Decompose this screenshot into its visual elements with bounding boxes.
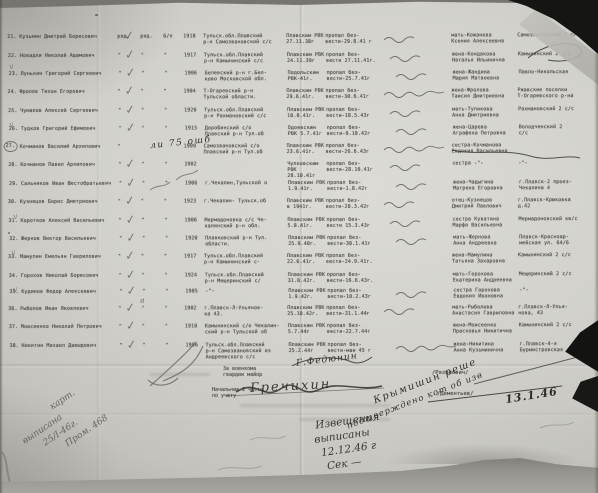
loss-cause-cell: пропал без- вести-9.10.42г: [327, 125, 409, 137]
birthplace-cell: Самозвановский с/о Плавский р-н Тул.об: [204, 143, 292, 155]
birth-year-cell: 1915: [185, 125, 197, 131]
birth-year-cell: 1904: [183, 88, 195, 94]
rank-cell: ": [118, 254, 121, 260]
relatives-cell: жена-Жандина Мария Матвеевна: [453, 69, 519, 81]
party-cell: ": [164, 198, 167, 204]
duty-cell: ": [141, 306, 144, 312]
loss-cause-cell: пропал без- вести 27.11.41г.: [326, 52, 408, 64]
margin-tick: v: [12, 212, 18, 222]
birth-year-cell: 1920: [184, 107, 196, 113]
scanned-document-page: { "doc_type": "Именной список безвозврат…: [0, 0, 598, 493]
relatives-cell: мать-Тупикова Анна Дмитриевна: [452, 106, 518, 118]
rank-cell: ": [118, 144, 121, 150]
party-cell: ": [165, 272, 168, 278]
person-name: Рыболов Иван Яковлевич: [20, 306, 88, 312]
address-cell: г.Плавск-Л-Улья- нова, 43: [518, 304, 596, 316]
drafted-by-cell: Плавским РВК 22.6.41г.: [287, 253, 329, 265]
drafted-by-cell: Чулковским РВК 28.10.41г: [287, 161, 329, 179]
table-row: 26. Тудков Григорий Ефимович " " " 1915 …: [1, 124, 598, 142]
birthplace-cell: г.Чекалин,Тульской о: [205, 180, 293, 186]
drafted-by-cell: Плавским РВК 24.11.39г: [287, 52, 329, 64]
address-cell: Володченский 2 с/с: [519, 124, 597, 136]
person-name: Кузьмин Дмитрий Борисович: [19, 34, 97, 40]
row-number: 24.: [7, 89, 16, 95]
rank-cell: ": [118, 199, 121, 205]
birth-year-cell: 1902: [184, 305, 196, 311]
row-number: 32.: [9, 236, 18, 242]
person-name: Лунькин Григорий Сергеевич: [21, 71, 102, 77]
table-row: 30. Кузнецов Борис Дмитриевич " " " 1923…: [0, 197, 598, 215]
duty-cell: ": [142, 236, 145, 242]
row-number: 29.: [9, 181, 18, 187]
relatives-cell: мать-Рыболова Анастасия Гавриловна: [452, 304, 518, 316]
address-cell: г.Плавск-Крюковка д.42: [518, 197, 596, 209]
loss-cause-cell: пропал без- вести-25.7.41г: [327, 70, 409, 82]
party-cell: ": [163, 88, 166, 94]
relatives-cell: жена-Никитина Анна Кузьминична: [454, 341, 520, 353]
drafted-by-cell: Плавским РВК 23.6.41г.: [287, 143, 329, 155]
loss-cause-cell: пропал без- вести-22.7.44г: [327, 323, 409, 335]
birthplace-cell: Мермадоновка с/с Че- калинский р-н обл.: [204, 217, 292, 229]
relatives-cell: сестра Куватина Марфа Васильевна: [452, 216, 518, 228]
signature-title-1: За военкома гвардии майор: [223, 366, 262, 378]
row-number: 28.: [8, 162, 17, 168]
person-name: Сальников Иван Шестобратьевич: [21, 181, 111, 187]
drafted-by-cell: Плавским РВК 31.8.42г.: [288, 272, 330, 284]
rank-cell: ": [120, 343, 123, 349]
address-cell: г.Плавск-2 проез- Чекалина 4: [519, 179, 597, 191]
pencil-checkmark: ✓: [125, 318, 137, 333]
rank-cell: ": [119, 71, 122, 77]
person-name: Тудков Григорий Ефимович: [21, 126, 96, 132]
loss-cause-cell: пропал без- вести-10.2.43г: [327, 288, 409, 300]
party-cell: ": [164, 107, 167, 113]
duty-cell: ": [141, 108, 144, 114]
table-row: 29. Сальников Иван Шестобратьевич " " " …: [1, 179, 598, 197]
person-name: Никитин Михаил Давыдович: [22, 343, 97, 349]
birth-year-cell: 1918: [183, 33, 195, 39]
party-cell: ": [165, 70, 168, 76]
pencil-letter-a: а: [140, 297, 144, 305]
pencil-checkmark: ✓: [123, 28, 135, 43]
pencil-checkmark: ✓: [124, 83, 136, 98]
table-row: 22. Новадли Николай Адамович " " " 1917 …: [0, 51, 598, 69]
party-cell: ": [166, 342, 169, 348]
pencil-checkmark: ✓: [124, 193, 136, 208]
row-number: 27.: [4, 141, 18, 152]
table-row: 31. Коротков Алексей Васильевич " " " 19…: [0, 216, 598, 234]
table-row: 38. Никитин Михаил Давыдович " " " 1906 …: [2, 341, 598, 359]
relatives-cell: жена-Мамулина Татьяна Захаровна: [452, 252, 518, 264]
table-row: 35. Кудинов Федор Алексеевич " " " 1905 …: [1, 287, 598, 305]
birth-year-cell: 1902: [184, 161, 196, 167]
person-name: Моисеенко Николай Петрович: [21, 324, 102, 330]
duty-cell: ": [141, 218, 144, 224]
birthplace-cell: г.Плавск-Л-Ульянов- ка 43.: [204, 305, 292, 317]
birthplace-cell: Тульск.обл.Плавский р-н Камынинский с/с: [204, 52, 292, 64]
table-row: 33. Мамулин Емельян Гаврилович " " " 191…: [0, 252, 598, 270]
loss-cause-cell: пропал без- вести 15.3.43г: [326, 217, 408, 229]
pencil-checkmark: ✓: [126, 337, 138, 352]
margin-tick: v: [10, 248, 16, 258]
rank-cell: ": [118, 306, 121, 312]
table-row: 21. Кузьмин Дмитрий Борисович ряд. ряд. …: [0, 32, 597, 50]
birthplace-cell: Тульск.обл.Плавский р-н Мещеринский с/: [205, 272, 293, 284]
relatives-cell: жена-Фролова Таисия Дмитриевна: [451, 87, 517, 99]
address-cell: -"-: [519, 287, 597, 293]
address-cell: Ржавские поселки Т-Огаревского р-на: [517, 87, 595, 99]
duty-cell: ": [142, 289, 145, 295]
person-name: Горохов Николай Борисович: [21, 273, 99, 279]
drafted-by-cell: Плавским РВК в 1941г.: [287, 198, 329, 210]
pencil-checkmark: ✓: [125, 65, 137, 80]
birth-year-cell: 1906: [186, 342, 198, 348]
pencil-checkmark: ✓: [125, 283, 137, 298]
drafted-by-cell: Плавским РВК 10.8.41г.: [287, 107, 329, 119]
person-name: Мамулин Емельян Гаврилович: [20, 254, 101, 260]
pencil-checkmark: ✓: [125, 175, 137, 190]
address-cell: Камынинский 2 с/с: [518, 252, 596, 258]
person-name: Фролов Тихон Егорович: [19, 89, 84, 95]
rank-cell: ": [119, 273, 122, 279]
pencil-checkmark: ✓: [125, 230, 137, 245]
birthplace-cell: Т-Огаревский р-н Тульской области.: [203, 88, 291, 100]
loss-cause-cell: пропал без- вести-1.8.42г: [327, 180, 409, 192]
person-name: Чумаков Алексей Сергеевич: [20, 108, 98, 114]
party-cell: ": [164, 161, 167, 167]
duty-cell: ": [142, 181, 145, 187]
row-number: 34.: [9, 273, 18, 279]
party-cell: ": [165, 288, 168, 294]
margin-tick: v: [8, 120, 14, 130]
drafted-by-cell: Плавским РВК 25.2.44г: [289, 342, 331, 354]
party-cell: ": [164, 253, 167, 259]
address-cell: -"-: [518, 160, 596, 166]
party-cell: б/п: [163, 33, 172, 39]
person-name: Кочманов Павел Архипович: [20, 162, 95, 168]
duty-cell: ряд.: [140, 34, 152, 40]
loss-cause-cell: пропал без- вести-мае 45 г: [328, 342, 410, 354]
birthplace-cell: Тульск.обл.Плавский р-н Камынинский с-: [204, 253, 292, 265]
rank-cell: ": [118, 162, 121, 168]
pencil-checkmark: ✓: [124, 300, 136, 315]
pencil-checkmark: ✓: [124, 156, 136, 171]
duty-cell: ": [140, 89, 143, 95]
birth-year-cell: 1906: [185, 70, 197, 76]
relatives-cell: мать-Жернова Анна Андреевна: [453, 234, 519, 246]
duty-cell: ": [141, 254, 144, 260]
relatives-cell: мать-Горохова Екатерина Андреевна: [453, 271, 519, 283]
address-cell: Рахмановский 2 с/с: [518, 106, 596, 112]
party-cell: ": [164, 217, 167, 223]
table-row: 37. Моисеенко Николай Петрович " " " 191…: [1, 322, 598, 340]
rank-cell: ": [119, 324, 122, 330]
birth-year-cell: 1906: [185, 180, 197, 186]
loss-cause-cell: пропал без- вести-31.1.44г: [326, 305, 408, 317]
relatives-cell: жена-Кондакова Наталья Ильинична: [452, 51, 518, 63]
drafted-by-cell: Плавским РВК 25.9.40г.: [288, 235, 330, 247]
row-number: 36.: [8, 306, 17, 312]
relatives-cell: жена-Моисеенко Прасковья Никитична: [453, 322, 519, 334]
party-cell: ": [164, 305, 167, 311]
drafted-by-cell: Одоевским РВК 5.7.41г: [288, 125, 330, 137]
table-row: 23. Лунькин Григорий Сергеевич " " " 190…: [1, 69, 598, 87]
birthplace-cell: Тульск.обл.Плавский р-н Рахмановский с/с: [204, 107, 292, 119]
rank-cell: ": [119, 236, 122, 242]
drafted-by-cell: Плавским РВК 1.9.42г.: [288, 288, 330, 300]
drafted-by-cell: Плавским РВК 25.10.42г.: [287, 305, 329, 317]
birthplace-cell: Плавковский р-н Тул. области.: [205, 235, 293, 247]
rank-cell: ": [117, 89, 120, 95]
relatives-cell: жена-Чадыгина Матрена Егоровна: [453, 179, 519, 191]
birth-year-cell: 1917: [184, 52, 196, 58]
scan-edge-right: [594, 0, 598, 493]
loss-cause-cell: пропал без- вести-30.1.41г: [327, 235, 409, 247]
loss-cause-cell: пропал без- вести-30.6.41г: [325, 88, 407, 100]
duty-cell: ": [141, 199, 144, 205]
row-number: 37.: [9, 324, 18, 330]
party-cell: ": [165, 180, 168, 186]
birth-year-cell: 1920: [185, 235, 197, 241]
rank-cell: ": [119, 126, 122, 132]
birthplace-cell: Тульск.обл.Плавский р-н Самозвановский и…: [206, 342, 294, 360]
relatives-cell: жена-Царева Аграфена Петровна: [453, 124, 519, 136]
row-number: 23.: [9, 71, 18, 77]
table-row: 28. Кочманов Павел Архипович " " " 1902 …: [0, 160, 598, 178]
birth-year-cell: 1924: [185, 272, 197, 278]
drafted-by-cell: Плавским РВК 5.8.41г.: [287, 217, 329, 229]
rank-cell: ": [118, 218, 121, 224]
person-name: Кудинов Федор Алексеевич: [21, 289, 96, 295]
birth-year-cell: 1923: [184, 198, 196, 204]
drafted-by-cell: Подольским РВК-41г.: [288, 70, 330, 82]
pencil-checkmark: ✓: [124, 47, 136, 62]
person-name: Кузнецов Борис Дмитриевич: [20, 199, 98, 205]
rank-cell: ": [118, 53, 121, 59]
rank-cell: ": [119, 289, 122, 295]
loss-cause-cell: пропал без- вести-18.5.43г: [326, 107, 408, 119]
margin-tick: v: [8, 62, 14, 72]
address-cell: Плавск-Красноар- мейская ул. 64/6: [519, 234, 597, 246]
drafted-by-cell: Плавским РВК 29.6.41г.: [286, 88, 328, 100]
duty-cell: ": [141, 53, 144, 59]
person-name: Новадли Николай Адамович: [20, 53, 95, 59]
duty-cell: ": [142, 324, 145, 330]
drafted-by-cell: Плавским РВК 1.9.41г.: [288, 180, 330, 192]
person-name: Жернов Виктор Васильевич: [21, 236, 96, 242]
row-number: 22.: [8, 53, 17, 59]
loss-cause-cell: пропал без- вести-26.6.43г: [326, 143, 408, 155]
person-name: Кочманов Василий Архипович: [20, 144, 101, 150]
duty-cell: ": [143, 343, 146, 349]
row-number: 25.: [8, 108, 17, 114]
birthplace-cell: Тульск.обл.Плавский р-н Самозвановский с…: [203, 33, 291, 45]
margin-tick: v: [12, 285, 18, 295]
loss-cause-cell: пропал без- вести-24.9.41г.: [326, 253, 408, 265]
birthplace-cell: г.Чекалин- Тульск.об: [204, 198, 292, 204]
duty-cell: ": [142, 71, 145, 77]
birthplace-cell: -"-: [205, 288, 293, 294]
party-cell: ": [165, 235, 168, 241]
rank-cell: ": [118, 108, 121, 114]
birthplace-cell: Камынинский с/о Чекалин- ский р-н Тульск…: [205, 323, 293, 335]
person-name: Коротков Алексей Васильевич: [20, 218, 104, 224]
row-number: 30.: [8, 199, 17, 205]
birthplace-cell: Белевский р-н г.Бел- ково Московской обл…: [205, 70, 293, 82]
row-number: 21.: [7, 34, 16, 40]
birthplace-cell: Доробинский с/о Плавский р-н Тул.об: [205, 125, 293, 137]
duty-cell: ": [141, 162, 144, 168]
drafted-by-cell: Плавским РВК 5.7.44г: [288, 323, 330, 335]
relatives-cell: мать-Кожанова Ксения Алексеевна: [451, 32, 517, 44]
party-cell: ": [165, 125, 168, 131]
loss-cause-cell: пропал без- вести-16.6.43г.: [327, 272, 409, 284]
drafted-by-cell: Плавским РВК 27.11.38г: [286, 33, 328, 45]
loss-cause-cell: пропал без- вести-29.8.41 г: [325, 33, 407, 45]
party-cell: ": [164, 52, 167, 58]
address-cell: Мещеринский 2 с/с: [519, 271, 597, 277]
relatives-cell: сестра Горохова Евдокия Ивановна: [453, 287, 519, 299]
address-cell: Камынинский 2 с/с: [519, 322, 597, 328]
duty-cell: ": [142, 273, 145, 279]
table-row: 25. Чумаков Алексей Сергеевич " " " 1920…: [0, 106, 598, 124]
birth-year-cell: 1905: [185, 288, 197, 294]
relatives-cell: сестра -"-: [452, 160, 518, 166]
loss-cause-cell: пропал без- вести-28.10.41г: [326, 161, 408, 173]
address-cell: Мермадоновский кв/с: [518, 216, 596, 222]
relatives-cell: отец-Кузнецов Дмитрий Павлович: [452, 197, 518, 209]
relatives-cell: сестра-Кочманова Евдокия Васильевна: [452, 142, 518, 154]
table-row: 27. Кочманов Василий Архипович " 1909 Са…: [0, 142, 598, 160]
table-row: 24. Фролов Тихон Егорович " " " 1904 Т-О…: [0, 87, 598, 105]
party-cell: ": [165, 323, 168, 329]
duty-cell: ": [142, 126, 145, 132]
birth-year-cell: 1906: [184, 217, 196, 223]
table-row: 32. Жернов Виктор Васильевич " " " 1920 …: [1, 234, 598, 252]
birth-year-cell: 1910: [185, 323, 197, 329]
pencil-checkmark: ✓: [125, 267, 137, 282]
pencil-checkmark: ✓: [124, 102, 136, 117]
rank-cell: ": [119, 181, 122, 187]
row-number: 38.: [10, 343, 19, 349]
pencil-checkmark: ✓: [124, 248, 136, 263]
loss-cause-cell: пропал без- вести-20.3.42г: [326, 198, 408, 210]
scan-edge-left: [0, 0, 3, 493]
table-row: 36. Рыболов Иван Яковлевич " " " 1902 г.…: [0, 304, 598, 322]
pencil-checkmark: ✓: [125, 212, 137, 227]
birth-year-cell: 1917: [184, 253, 196, 259]
pencil-checkmark: ✓: [125, 120, 137, 135]
